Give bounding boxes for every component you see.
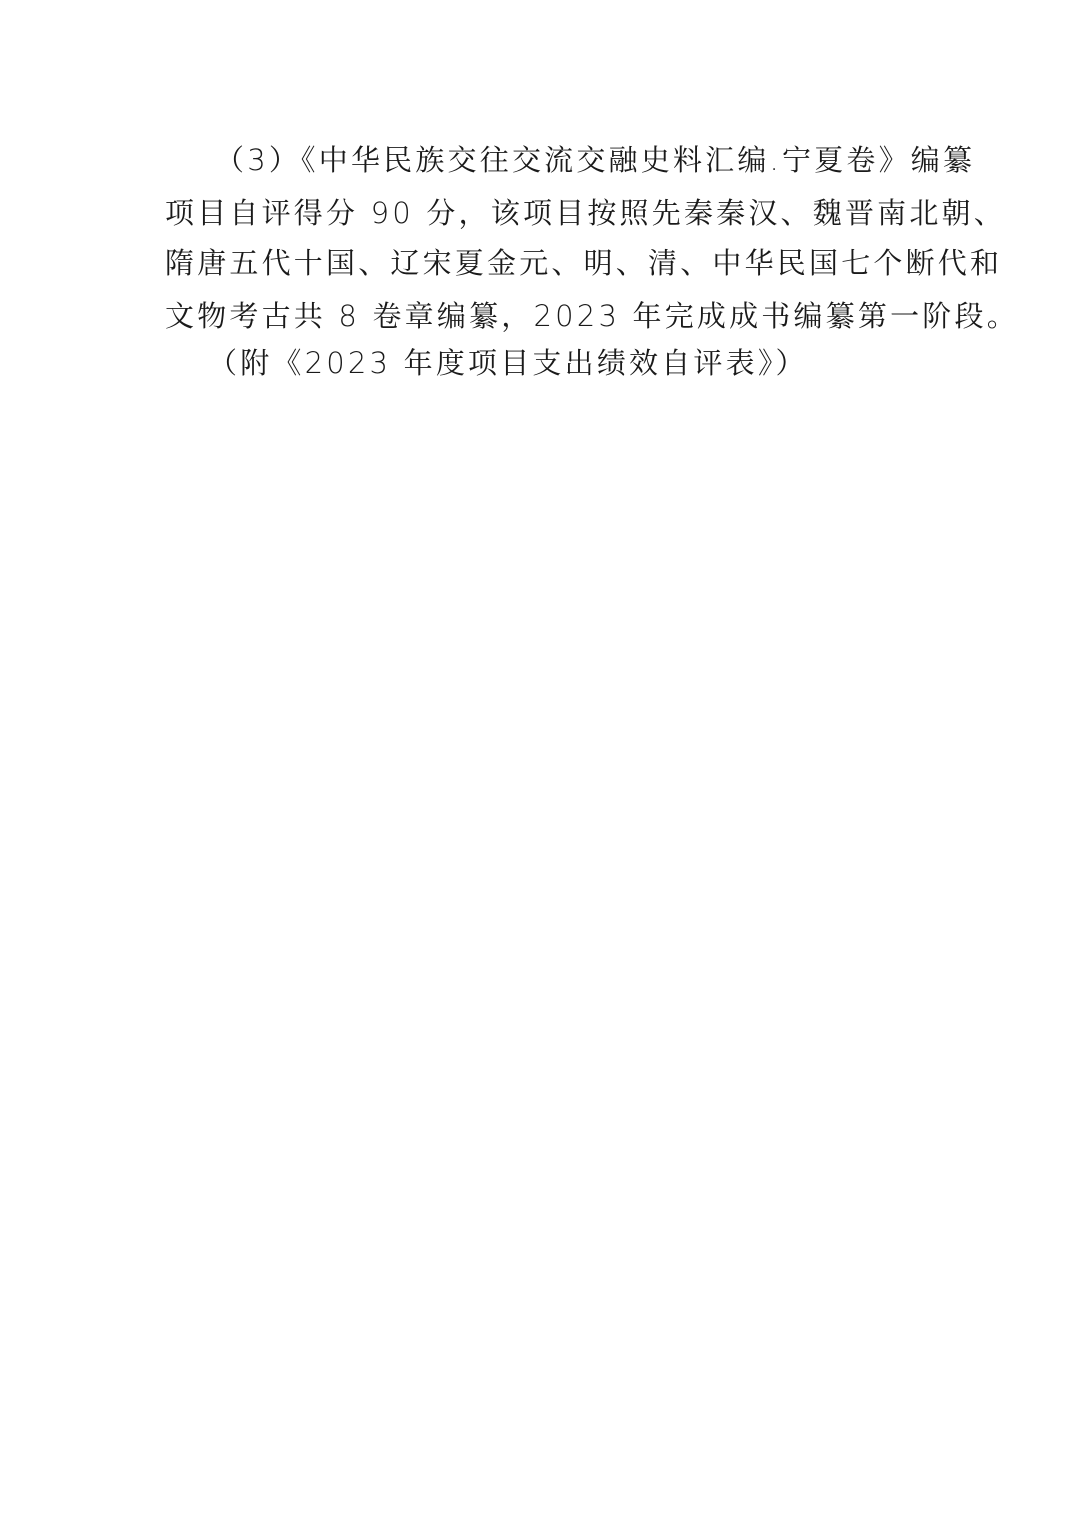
paragraph-line-2: 项目自评得分 90 分，该项目按照先秦秦汉、魏晋南北朝、 — [165, 193, 1006, 233]
paragraph-line-1: （3）《中华民族交往交流交融史料汇编.宁夏卷》编纂 — [215, 140, 975, 180]
document-page: （3）《中华民族交往交流交融史料汇编.宁夏卷》编纂 项目自评得分 90 分，该项… — [0, 0, 1074, 1520]
attachment-note: （附《2023 年度项目支出绩效自评表》） — [208, 343, 808, 383]
paragraph-line-4: 文物考古共 8 卷章编纂，2023 年完成成书编纂第一阶段。 — [165, 296, 1019, 336]
paragraph-line-3: 隋唐五代十国、辽宋夏金元、明、清、中华民国七个断代和 — [165, 243, 1002, 283]
